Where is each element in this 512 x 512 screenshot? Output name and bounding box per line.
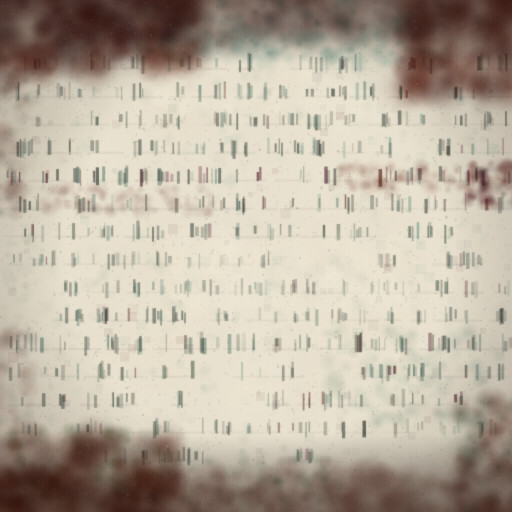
degraded-manuscript-photo (0, 0, 512, 512)
manuscript-texture-canvas (0, 0, 512, 512)
